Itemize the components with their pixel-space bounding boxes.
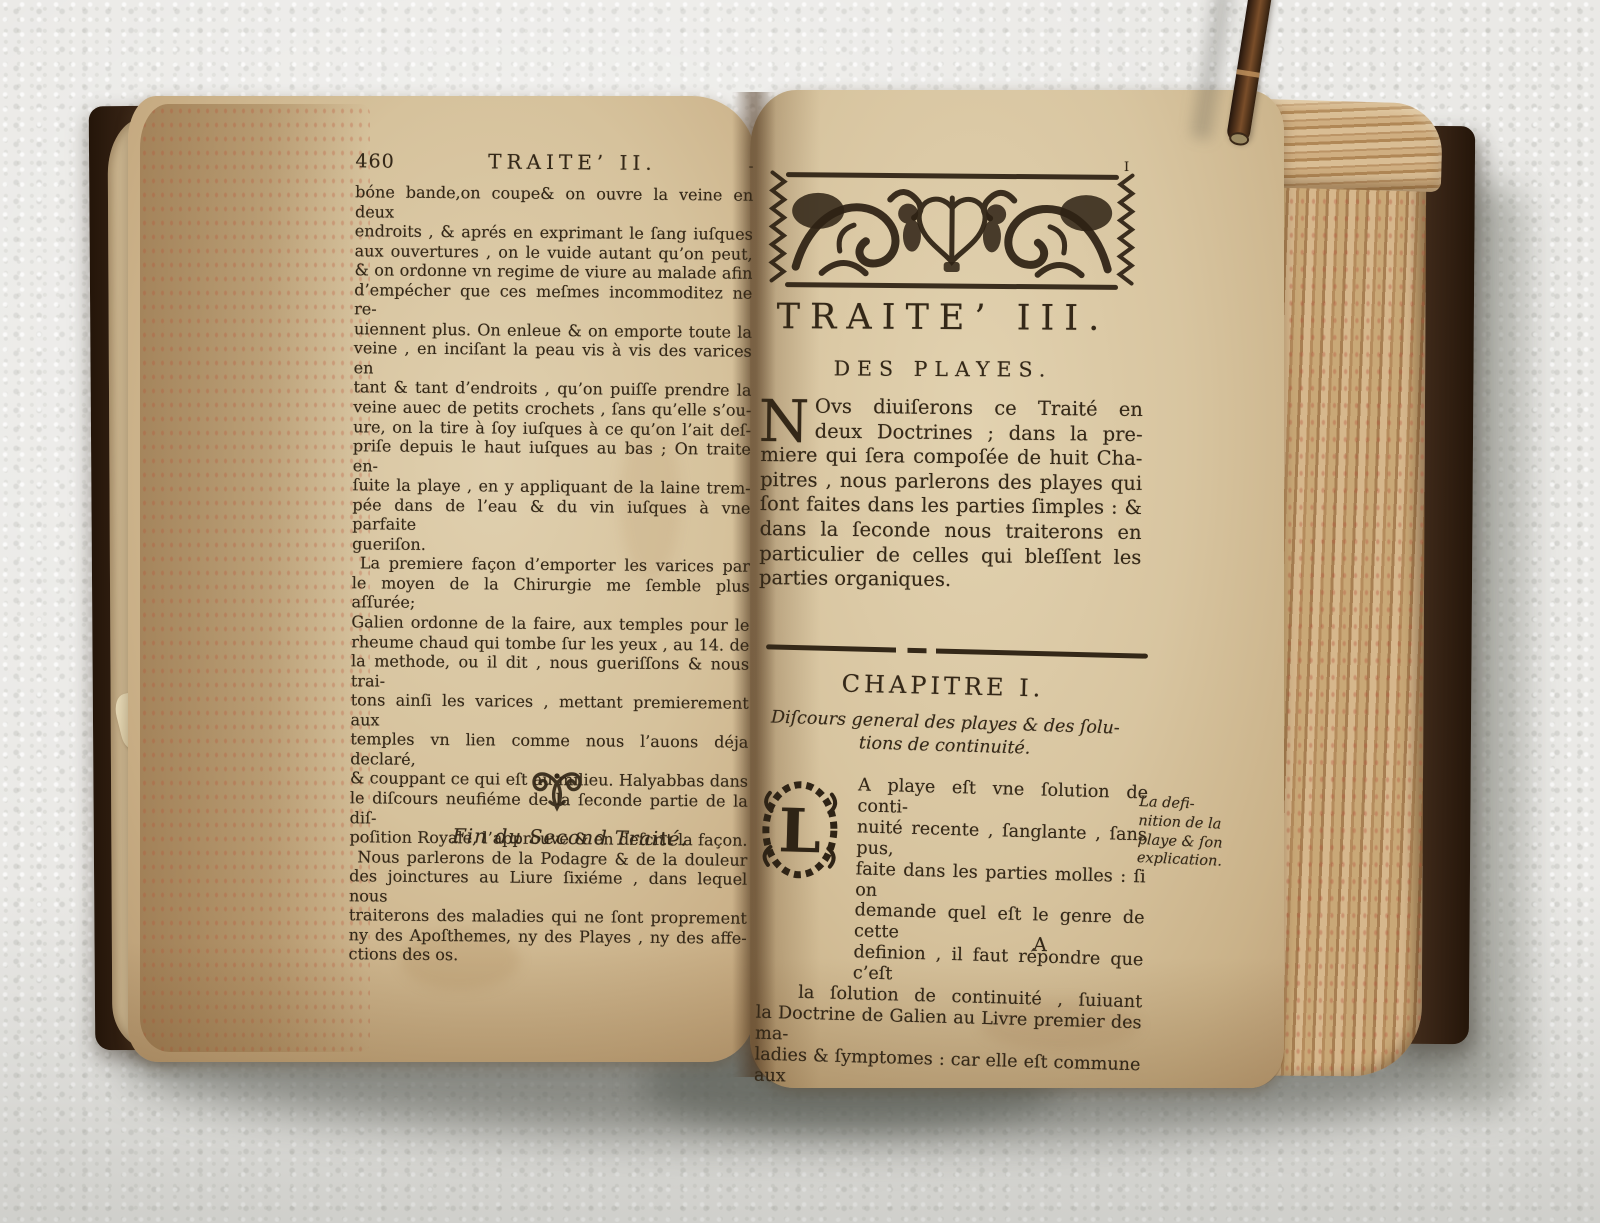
text-line: parties organiques. — [759, 566, 1141, 595]
text-line: veine , en inciſant la peau vis à vis de… — [354, 339, 752, 382]
text-line: tons ainſi les varices , mettant premier… — [350, 690, 748, 733]
photo-scene: 460 TRAITE’ II. - bóne bande,on coupe& o… — [0, 0, 1600, 1223]
text-line: priſe depuis le haut iuſques au bas ; On… — [353, 436, 751, 479]
browned-margin — [140, 104, 370, 1052]
text-line: miere qui ſera compoſée de huit Cha- — [760, 443, 1142, 472]
text-line: pée dans de l’eau & du vin iuſques à vne… — [352, 495, 750, 538]
woodcut-dropcap-L: L — [759, 779, 840, 881]
running-header: 460 TRAITE’ II. - — [355, 148, 753, 181]
page-number: 460 — [355, 150, 421, 173]
intro-text: Ovs diuiſerons ce Traité endeux Doctrine… — [759, 394, 1143, 595]
fleuron-ornament — [528, 764, 586, 814]
dropcap-letter: L — [778, 796, 822, 867]
text-line: d’empécher que ces meſmes incommoditez n… — [354, 280, 752, 323]
treatise-title: TRAITE’ III. — [752, 297, 1134, 339]
rod-band — [1236, 69, 1259, 78]
text-line: Ovs diuiſerons ce Traité en — [761, 394, 1143, 423]
fin-du-traite-line: Fin du Second Traité. — [420, 824, 720, 851]
gathering-signature-top: I — [1124, 160, 1129, 175]
text-line: dans la ſeconde nous traiterons en — [759, 517, 1141, 546]
woodcut-headpiece-ornament — [761, 168, 1142, 293]
treatise-subtitle: DES PLAYES. — [752, 356, 1134, 382]
gathering-signature-bottom: A — [990, 933, 1091, 958]
red-flecks — [140, 104, 370, 1052]
intro-paragraph: N Ovs diuiſerons ce Traité endeux Doctri… — [759, 394, 1143, 595]
text-line: la methode, ou il dit , nous gueriſſons … — [351, 651, 749, 694]
running-title: TRAITE’ II. — [421, 149, 723, 176]
text-line: bóne bande,on coupe& on ouvre la veine e… — [355, 182, 753, 225]
text-line: des joinctures au Liure ſixiéme , dans l… — [349, 866, 747, 909]
text-line: ctions des os. — [348, 945, 746, 968]
initial-capital-N: N — [758, 394, 809, 449]
marginal-note: La defi-nition de laplaye & ſonexplicati… — [1136, 793, 1277, 874]
header-mark: - — [723, 158, 753, 174]
text-line: le moyen de la Chirurgie me ſemble plus … — [352, 573, 750, 616]
